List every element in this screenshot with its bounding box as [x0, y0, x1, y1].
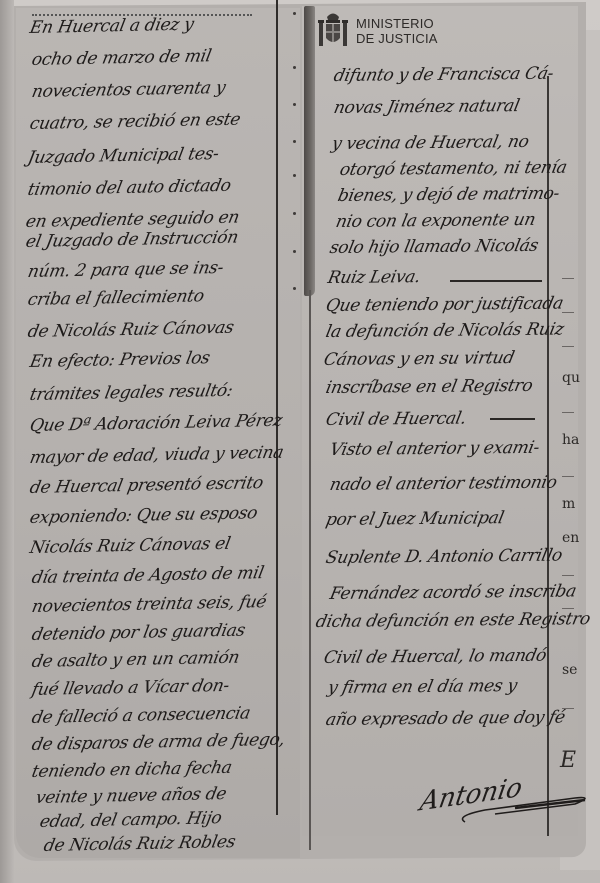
handwritten-line: Civil de Huercal.: [324, 409, 468, 431]
dash-fragment: [562, 608, 574, 609]
handwritten-line: nado el anterior testimonio: [328, 473, 559, 495]
dash-fragment: [562, 476, 574, 477]
dash-fragment: [562, 708, 574, 709]
handwritten-line: criba el fallecimiento: [26, 286, 206, 310]
handwritten-line: y vecina de Huercal, no: [330, 132, 531, 154]
handwritten-line: y firma en el día mes y: [326, 676, 519, 698]
handwritten-line: Cánovas y en su virtud: [322, 348, 516, 370]
handwritten-line: ocho de marzo de mil: [30, 46, 213, 70]
handwritten-line: dicha defunción en este Registro: [314, 609, 592, 632]
handwritten-line: la defunción de Nicolás Ruiz: [324, 319, 566, 342]
dash-fragment: [562, 312, 574, 313]
page-fragment-text: E: [560, 748, 576, 773]
handwritten-line: Civil de Huercal, lo mandó: [322, 646, 548, 668]
binding-line: [309, 290, 311, 850]
handwritten-line: de Nicolás Ruiz Robles: [42, 832, 237, 856]
page-fragment-text: qu: [562, 370, 580, 386]
handwritten-line: Nicolás Ruiz Cánovas el: [28, 534, 232, 558]
handwritten-line: edad, del campo. Hijo: [38, 808, 223, 832]
dash-fragment: [562, 412, 574, 413]
handwritten-line: Juzgado Municipal tes-: [26, 144, 220, 168]
page-fragment-text: ha: [562, 432, 579, 448]
handwritten-line: nio con la exponente un: [334, 210, 537, 232]
dash-fragment: [562, 346, 574, 347]
handwritten-line: novas Jiménez natural: [332, 96, 521, 118]
dash-fragment: [562, 575, 574, 576]
handwritten-line: año expresado de que doy fé: [324, 707, 567, 730]
handwritten-line: teniendo en dicha fecha: [30, 758, 233, 782]
handwritten-line: Suplente D. Antonio Carrillo: [324, 546, 564, 569]
page-fragment-text: en: [562, 530, 579, 546]
handwritten-line: bienes, y dejó de matrimo-: [336, 184, 561, 206]
handwritten-line: núm. 2 para que se ins-: [26, 258, 225, 282]
handwritten-line: Que teniendo por justificada: [324, 293, 565, 316]
handwritten-line: otorgó testamento, ni tenía: [338, 158, 569, 180]
letterhead: MINISTERIO DE JUSTICIA: [318, 10, 438, 52]
handwritten-line: inscríbase en el Registro: [324, 376, 534, 398]
book-edge-left: [0, 0, 14, 883]
handwritten-line: En efecto: Previos los: [28, 348, 212, 372]
page-fragment-text: se: [562, 662, 577, 678]
dash-fragment: [562, 278, 574, 279]
handwritten-line: novecientos cuarenta y: [30, 78, 227, 102]
signature-flourish-icon: [455, 790, 595, 830]
handwritten-line: solo hijo llamado Nicolás: [328, 236, 540, 258]
handwritten-line: Ruiz Leiva.: [326, 267, 422, 288]
handwritten-line: fué llevado a Vícar don-: [30, 676, 231, 700]
fill-rule: [450, 280, 542, 282]
handwritten-line: En Huercal a diez y: [28, 15, 195, 39]
page-fragment-text: m: [562, 496, 575, 512]
ministry-name-line2: DE JUSTICIA: [356, 31, 438, 46]
handwritten-line: Fernández acordó se inscriba: [328, 581, 578, 604]
ministry-name-line1: MINISTERIO: [356, 16, 438, 31]
margin-line-left: [276, 0, 278, 815]
binding-shadow: [304, 6, 315, 296]
coat-of-arms-icon: [318, 10, 348, 52]
handwritten-line: por el Juez Municipal: [324, 508, 506, 530]
handwritten-line: difunto y de Francisca Cá-: [332, 64, 555, 86]
handwritten-line: Visto el anterior y exami-: [328, 438, 541, 460]
fill-rule: [490, 418, 535, 420]
perforation-dots: [293, 0, 299, 800]
handwritten-line: veinte y nueve años de: [34, 784, 228, 808]
